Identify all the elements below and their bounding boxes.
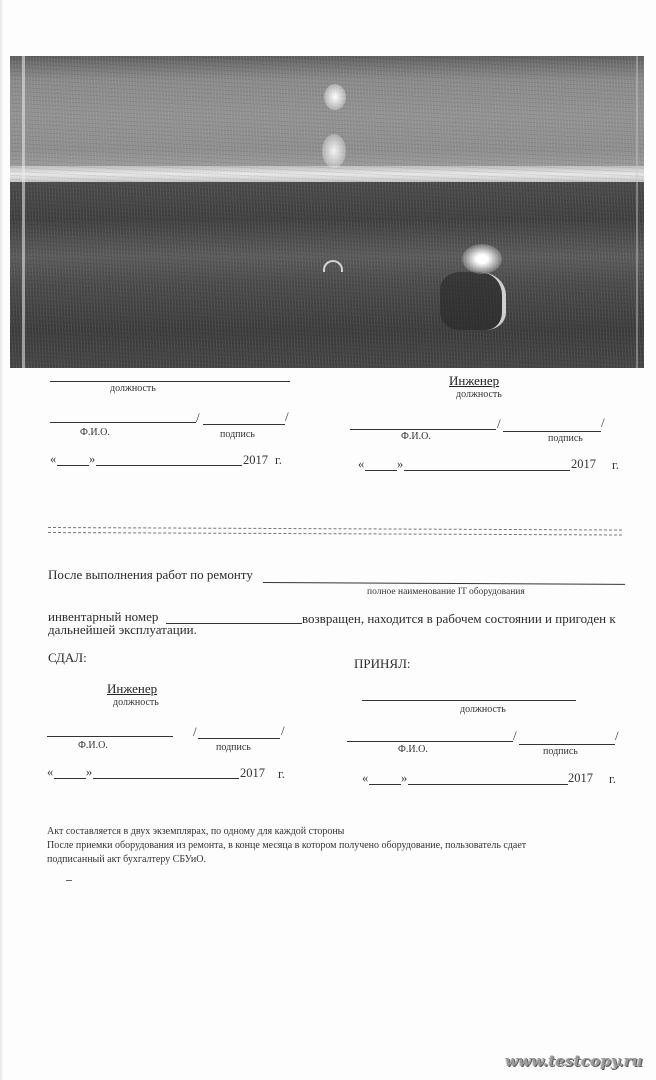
- footer-note: Акт составляется в двух экземплярах, по …: [47, 826, 344, 837]
- fio-label: Ф.И.О.: [78, 740, 108, 751]
- signature-field[interactable]: [503, 431, 601, 432]
- separator: /: [285, 409, 289, 425]
- year-suffix: г.: [609, 772, 616, 787]
- signature-label: подпись: [216, 742, 251, 753]
- date-open-quote: «: [362, 771, 368, 786]
- position-label: должность: [456, 389, 502, 400]
- signature-field[interactable]: [203, 424, 285, 425]
- redacted-scan-region: [10, 56, 644, 368]
- stray-mark: [66, 880, 72, 881]
- year: 2017: [571, 457, 596, 472]
- date-close-quote: »: [401, 771, 407, 786]
- footer-note: подписанный акт бухгалтеру СБУиО.: [47, 854, 206, 865]
- fio-field[interactable]: [47, 736, 173, 737]
- date-close-quote: »: [397, 457, 403, 472]
- separator: /: [615, 728, 619, 744]
- handed-over-heading: СДАЛ:: [48, 650, 87, 666]
- year: 2017: [243, 453, 268, 468]
- position-value: Инженер: [107, 681, 157, 697]
- year-suffix: г.: [275, 453, 282, 468]
- signature-label: подпись: [220, 429, 255, 440]
- date-open-quote: «: [47, 765, 53, 780]
- position-field[interactable]: [50, 381, 290, 382]
- accepted-heading: ПРИНЯЛ:: [354, 656, 411, 672]
- date-close-quote: »: [89, 452, 95, 467]
- fio-label: Ф.И.О.: [80, 427, 110, 438]
- position-label: должность: [460, 704, 506, 715]
- position-label: должность: [113, 697, 159, 708]
- year-suffix: г.: [278, 767, 285, 782]
- signature-field[interactable]: [198, 738, 280, 739]
- date-open-quote: «: [50, 452, 56, 467]
- separator: /: [196, 410, 200, 426]
- fio-field[interactable]: [350, 429, 496, 430]
- separator: /: [281, 723, 285, 739]
- year: 2017: [568, 771, 593, 786]
- year-suffix: г.: [612, 458, 619, 473]
- returned-text: возвращен, находится в рабочем состоянии…: [302, 611, 616, 627]
- separator: /: [601, 415, 605, 431]
- year: 2017: [240, 766, 265, 781]
- scan-edge: [0, 0, 3, 1080]
- position-value: Инженер: [449, 373, 499, 389]
- fio-field[interactable]: [347, 741, 513, 742]
- signature-field[interactable]: [519, 744, 615, 745]
- date-day-field[interactable]: [54, 778, 86, 779]
- date-month-field[interactable]: [93, 778, 239, 779]
- repair-text: После выполнения работ по ремонту: [48, 567, 253, 583]
- signature-label: подпись: [543, 746, 578, 757]
- date-day-field[interactable]: [365, 470, 397, 471]
- date-day-field[interactable]: [369, 784, 401, 785]
- date-close-quote: »: [86, 765, 92, 780]
- watermark: www.testcopy.ru: [505, 1052, 643, 1070]
- fio-label: Ф.И.О.: [398, 744, 428, 755]
- date-month-field[interactable]: [404, 470, 570, 471]
- equipment-name-field[interactable]: [263, 582, 625, 585]
- equipment-caption: полное наименование IT оборудования: [367, 587, 525, 597]
- signature-label: подпись: [548, 433, 583, 444]
- date-month-field[interactable]: [96, 465, 242, 466]
- position-label: должность: [110, 383, 156, 394]
- separator: /: [497, 416, 501, 432]
- date-open-quote: «: [358, 457, 364, 472]
- separator: /: [193, 724, 197, 740]
- footer-note: После приемки оборудования из ремонта, в…: [47, 840, 526, 851]
- separator: /: [513, 728, 517, 744]
- fio-field[interactable]: [50, 422, 196, 423]
- continuation-text: дальнейшей эксплуатации.: [48, 622, 197, 638]
- date-month-field[interactable]: [408, 784, 568, 785]
- section-divider: [48, 527, 622, 536]
- fio-label: Ф.И.О.: [401, 431, 431, 442]
- date-day-field[interactable]: [57, 465, 89, 466]
- position-field[interactable]: [362, 700, 576, 701]
